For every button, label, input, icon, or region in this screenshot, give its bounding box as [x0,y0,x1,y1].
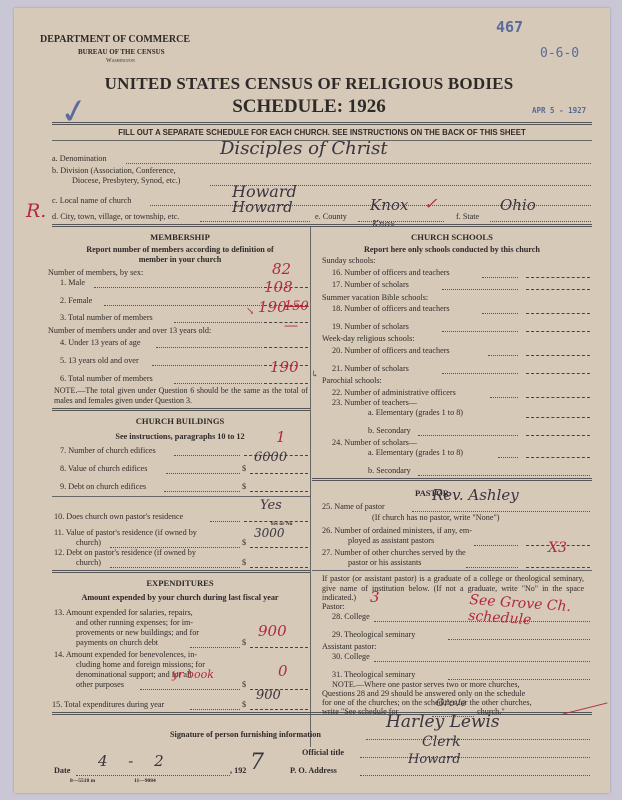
arrow-icon: ↘ [246,306,254,317]
date-value: 4 - 2 [98,752,172,770]
q16-label: 16. Number of officers and teachers [332,268,450,278]
form-code-2: 11—9084 [134,778,156,784]
denomination-value: Disciples of Christ [220,138,388,159]
members-by-sex-heading: Number of members, by sex: [48,268,143,278]
po-address-label: P. O. Address [290,766,337,776]
q31-seminary-field[interactable] [448,670,590,680]
q28-college-value: See Grove Ch. schedule [468,592,610,634]
q21-label: 21. Number of scholars [332,364,409,374]
county-check-icon: ✓ [424,194,437,213]
q5-over13-label: 5. 13 years old and over [60,356,139,366]
membership-subtitle-1: Report number of members according to de… [52,245,308,255]
county-label: e. County [315,212,347,222]
q24b-label: b. Secondary [368,466,411,476]
official-title-value: Clerk [422,734,461,750]
divider [312,570,592,571]
schools-title: CHURCH SCHOOLS [312,232,592,242]
q14-value: 0 [278,662,288,680]
column-divider [310,227,311,747]
q27-value: X3 [548,540,567,556]
sunday-schools-heading: Sunday schools: [322,256,375,266]
q2-female-value: 108 [264,278,293,296]
q1-male-label: 1. Male [60,278,85,288]
q14-line1: 14. Amount expended for benevolences, in… [54,650,197,660]
assistant-pastor-heading: Assistant pastor: [322,642,376,652]
q9-debt-field[interactable] [250,482,308,492]
q16-field[interactable] [526,268,590,278]
q19-label: 19. Number of scholars [332,322,409,332]
local-name-label: c. Local name of church [52,196,131,206]
q7-edifices-value: 1 [276,428,286,446]
leader-dots [152,356,262,366]
dollar-sign: $ [242,464,246,474]
q13-line4: payments on church debt [76,638,158,648]
dollar-sign: $ [242,558,246,568]
q21-field[interactable] [526,364,590,374]
q30-college-field[interactable] [374,652,590,662]
q23-label: 23. Number of teachers— [332,398,417,408]
q19-field[interactable] [526,322,590,332]
divider [52,496,310,497]
official-title-label: Official title [302,748,344,758]
q12-label-line2: church) [76,558,101,568]
leader-dots [164,482,240,492]
q12-debt-field[interactable] [250,558,308,568]
q18-field[interactable] [526,304,590,314]
q27-line2: pastor or his assistants [348,558,421,568]
city-value: Howard [232,198,293,216]
q8-value-field[interactable] [250,464,308,474]
leader-dots [474,536,518,546]
q27-field[interactable] [526,558,590,568]
po-address-field[interactable] [360,766,590,776]
q20-label: 20. Number of officers and teachers [332,346,450,356]
q17-label: 17. Number of scholars [332,280,409,290]
stamp-number: 467 [496,18,523,36]
q29-label: 29. Theological seminary [332,630,415,640]
washington-label: Washington [106,58,135,64]
q22-label: 22. Number of administrative officers [332,388,456,398]
see-schedule-value: Grove [436,698,466,709]
q6-total-label: 6. Total number of members [60,374,153,384]
dollar-sign: $ [242,680,246,690]
expenditures-title: EXPENDITURES [52,578,308,588]
leader-dots [94,278,262,288]
q4-under13-label: 4. Under 13 years of age [60,338,140,348]
divider [52,224,592,227]
schedule-title: SCHEDULE: 1926 [74,96,544,118]
classification-code: 0-6-0 [540,46,579,61]
leader-dots [140,680,240,690]
buildings-title: CHURCH BUILDINGS [52,416,308,426]
arrow-icon: ↳ [311,370,319,380]
q3-total-value: 190 [258,298,287,316]
q9-debt-label: 9. Debt on church edifices [60,482,146,492]
q23a-field[interactable] [526,408,590,418]
signature-label: Signature of person furnishing informati… [170,730,321,740]
leader-dots [104,296,262,306]
q29-seminary-field[interactable] [448,630,590,640]
year-prefix: , 192 [230,766,246,776]
parochial-schools-heading: Parochial schools: [322,376,382,386]
q25-pastor-name-value: Rev. Ashley [432,486,519,504]
leader-dots [156,338,262,348]
leader-dots [490,388,518,398]
q13-line1: 13. Amount expended for salaries, repair… [54,608,193,618]
membership-subtitle-2: member in your church [52,255,308,265]
denomination-label: a. Denomination [52,154,107,164]
q23b-label: b. Secondary [368,426,411,436]
census-form-sheet: DEPARTMENT OF COMMERCE BUREAU OF THE CEN… [14,8,610,793]
dollar-sign: $ [242,700,246,710]
year-suffix-value: 7 [250,750,264,775]
q1-male-value: 82 [272,260,291,278]
division-label-2: Diocese, Presbytery, Synod, etc.) [72,176,180,186]
city-label: d. City, town, village, or township, etc… [52,212,179,222]
leader-dots [442,280,518,290]
q7-edifices-label: 7. Number of church edifices [60,446,156,456]
dollar-sign: $ [242,638,246,648]
q24a-field[interactable] [526,448,590,458]
signature-value: Harley Lewis [386,712,500,732]
po-address-value: Howard [408,752,461,767]
q11-label-line1: 11. Value of pastor's residence (if owne… [54,528,197,538]
q20-field[interactable] [526,346,590,356]
department-label: DEPARTMENT OF COMMERCE [40,34,190,45]
dollar-sign: $ [242,538,246,548]
q26-line1: 26. Number of ordained ministers, if any… [322,526,472,536]
q30-label: 30. College [332,652,370,662]
q14-line4: other purposes [76,680,124,690]
leader-dots [190,638,240,648]
divider [52,570,310,573]
q14-annotation: yr book [172,668,214,681]
official-title-field[interactable] [360,748,590,758]
pastor-mark: 3 [370,588,380,606]
state-label: f. State [456,212,479,222]
county-value: Knox [370,196,408,214]
expenditures-subtitle: Amount expended by your church during la… [52,593,308,603]
weekday-schools-heading: Week-day religious schools: [322,334,415,344]
margin-mark: R. [26,200,46,222]
q24b-field[interactable] [418,466,590,476]
q23b-field[interactable] [526,426,590,436]
leader-dots [482,268,518,278]
q28-label: 28. College [332,612,370,622]
q15-value: 900 [256,688,281,703]
pastor-heading: Pastor: [322,602,345,612]
q12-label-line1: 12. Debt on pastor's residence (if owned… [54,548,196,558]
q17-field[interactable] [526,280,590,290]
leader-dots [210,512,240,522]
q13-line3: provements or new buildings; and for [76,628,199,638]
q25-hint: (If church has no pastor, write "None") [372,513,500,523]
members-by-age-heading: Number of members under and over 13 year… [48,326,211,336]
q6-total-value: 190 [270,358,299,376]
form-title: UNITED STATES CENSUS OF RELIGIOUS BODIES [74,74,544,94]
q25-label: 25. Name of pastor [322,502,385,512]
leader-dots [110,538,240,548]
q4-value: — [284,318,298,334]
buildings-subtitle: See instructions, paragraphs 10 to 12 [52,432,308,442]
received-date-stamp: APR 5 - 1927 [532,106,586,115]
q13-line2: and other running expenses; for im- [76,618,193,628]
leader-dots [482,304,518,314]
q24-label: 24. Number of scholars— [332,438,417,448]
leader-dots [442,322,518,332]
leader-dots [190,700,240,710]
q3-total-label: 3. Total number of members [60,313,153,323]
leader-dots [174,446,240,456]
division-label-1: b. Division (Association, Conference, [52,166,176,176]
form-code-1: 8—5518 m [70,778,95,784]
divider [52,122,592,125]
leader-dots [466,558,518,568]
q31-label: 31. Theological seminary [332,670,415,680]
leader-dots [110,558,240,568]
bureau-label: BUREAU OF THE CENSUS [78,48,165,56]
divider [312,478,592,481]
q15-total-label: 15. Total expenditures during year [52,700,164,710]
leader-dots [418,426,518,436]
leader-dots [174,374,262,384]
leader-dots [498,448,518,458]
q10-residence-value: Yes [260,498,282,513]
q2-female-label: 2. Female [60,296,92,306]
q13-value: 900 [258,622,287,640]
leader-dots [488,346,518,356]
divider [52,408,310,411]
q11-residence-value: 3000 [254,526,285,540]
q4-under13-field[interactable] [264,338,308,348]
q27-line1: 27. Number of other churches served by t… [322,548,466,558]
q23a-label: a. Elementary (grades 1 to 8) [368,408,463,418]
q11-label-line2: church) [76,538,101,548]
q3-struck-value: 150 [284,299,309,314]
q10-residence-label: 10. Does church own pastor's residence [54,512,183,522]
dollar-sign: $ [242,482,246,492]
date-label: Date [54,766,70,776]
q8-value-label: 8. Value of church edifices [60,464,147,474]
q18-label: 18. Number of officers and teachers [332,304,450,314]
instruction-banner: FILL OUT A SEPARATE SCHEDULE FOR EACH CH… [52,128,592,137]
q24a-label: a. Elementary (grades 1 to 8) [368,448,463,458]
state-value: Ohio [500,196,536,214]
q22-field[interactable] [526,388,590,398]
q26-line2: ployed as assistant pastors [348,536,434,546]
membership-title: MEMBERSHIP [52,232,308,242]
leader-dots [442,364,518,374]
schools-subtitle: Report here only schools conducted by th… [312,245,592,255]
q8-value: 6000 [254,450,287,465]
summer-schools-heading: Summer vacation Bible schools: [322,293,428,303]
membership-note: NOTE.—The total given under Question 6 s… [54,386,308,405]
leader-dots [166,464,240,474]
